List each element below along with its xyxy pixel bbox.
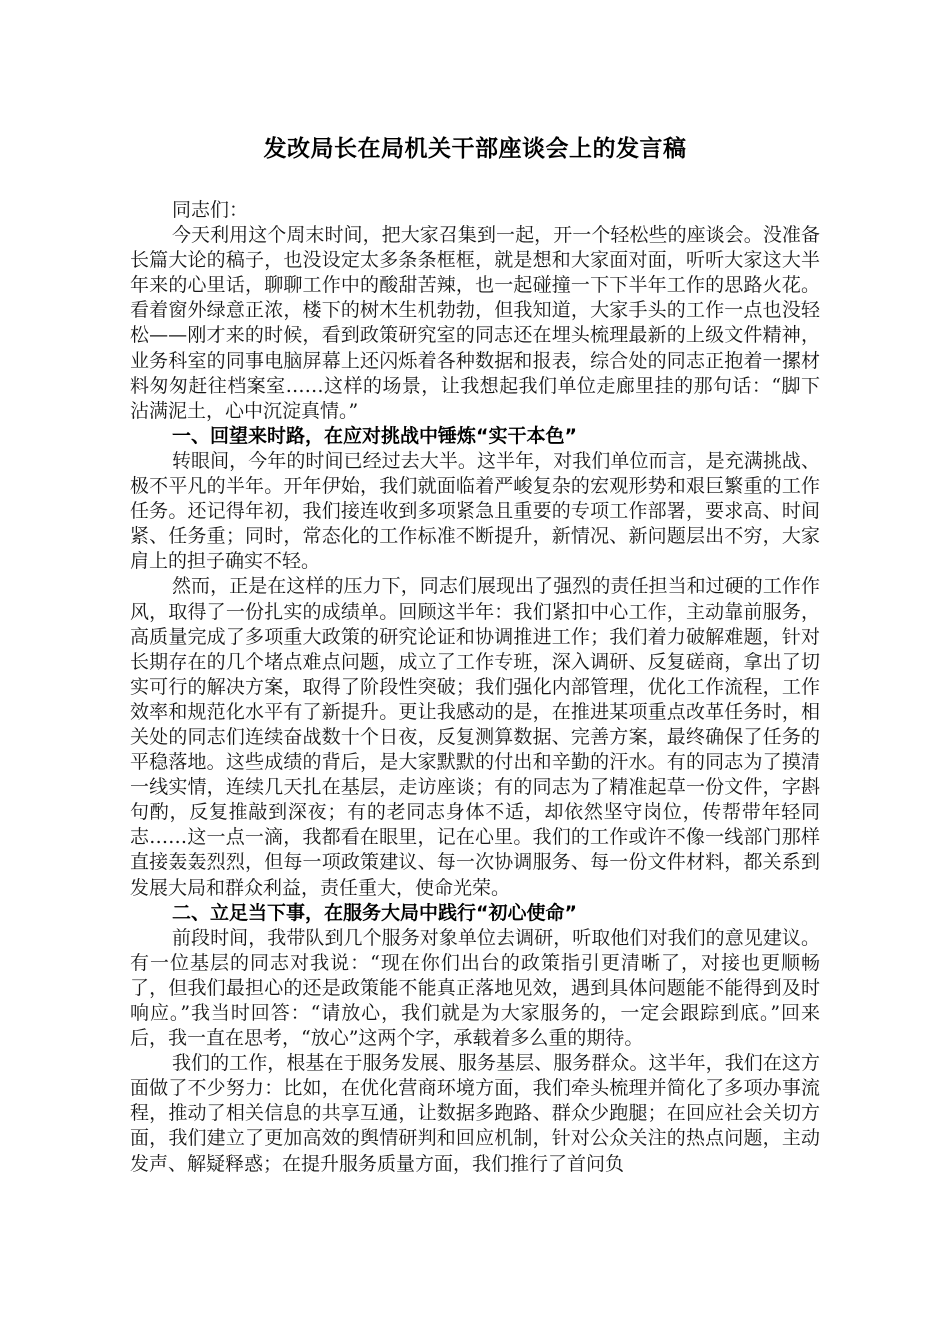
document-title: 发改局长在局机关干部座谈会上的发言稿 bbox=[130, 134, 820, 164]
document-page: 发改局长在局机关干部座谈会上的发言稿 同志们： 今天利用这个周末时间，把大家召集… bbox=[0, 0, 950, 1344]
document-body: 同志们： 今天利用这个周末时间，把大家召集到一起，开一个轻松些的座谈会。没准备长… bbox=[130, 198, 820, 1177]
paragraph-opening: 今天利用这个周末时间，把大家召集到一起，开一个轻松些的座谈会。没准备长篇大论的稿… bbox=[130, 223, 820, 424]
salutation: 同志们： bbox=[130, 198, 820, 223]
section-heading-2: 二、立足当下事，在服务大局中践行“初心使命” bbox=[130, 901, 820, 926]
paragraph-research-visit: 前段时间，我带队到几个服务对象单位去调研，听取他们对我们的意见建议。有一位基层的… bbox=[130, 926, 820, 1051]
paragraph-achievements: 然而，正是在这样的压力下，同志们展现出了强烈的责任担当和过硬的工作作风，取得了一… bbox=[130, 574, 820, 900]
section-heading-1: 一、回望来时路，在应对挑战中锤炼“实干本色” bbox=[130, 424, 820, 449]
paragraph-service-efforts: 我们的工作，根基在于服务发展、服务基层、服务群众。这半年，我们在这方面做了不少努… bbox=[130, 1051, 820, 1176]
paragraph-review-challenges: 转眼间，今年的时间已经过去大半。这半年，对我们单位而言，是充满挑战、极不平凡的半… bbox=[130, 449, 820, 574]
